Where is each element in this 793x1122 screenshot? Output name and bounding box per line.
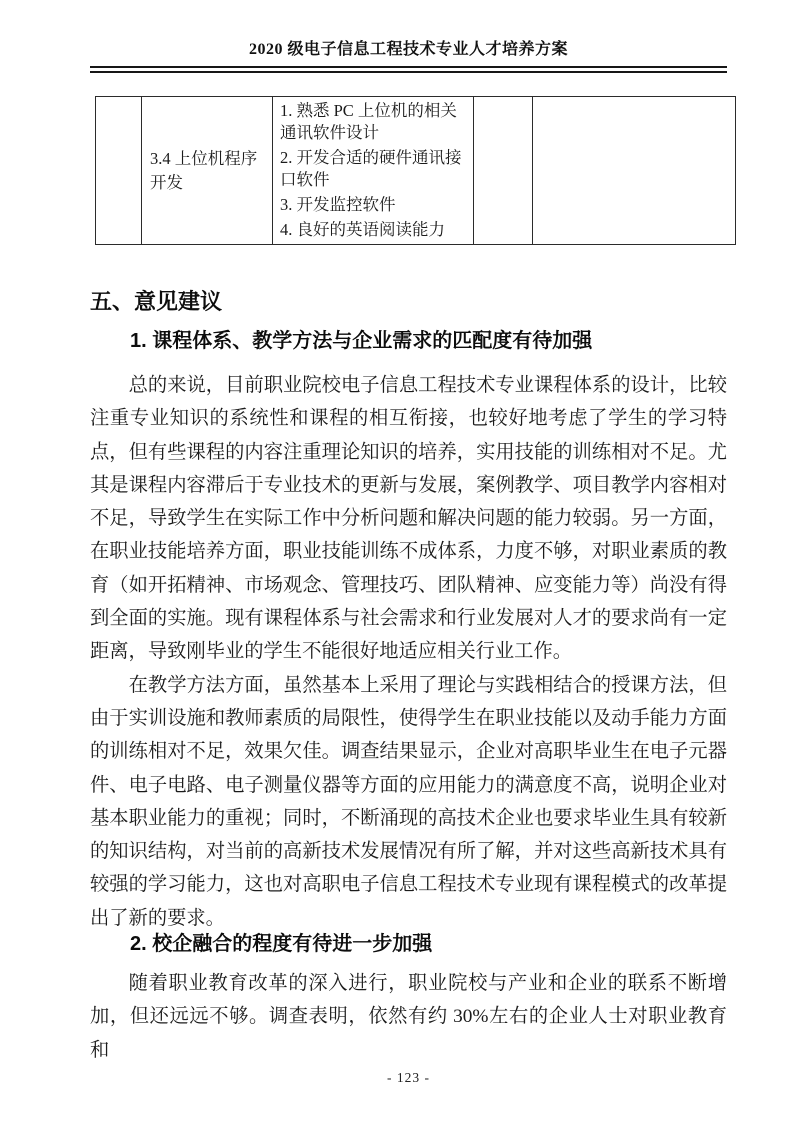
requirements-list: 1. 熟悉 PC 上位机的相关通讯软件设计 2. 开发合适的硬件通讯接口软件 3… xyxy=(273,97,473,241)
requirements-table: 3.4 上位机程序 开发 1. 熟悉 PC 上位机的相关通讯软件设计 2. 开发… xyxy=(95,96,736,245)
table-cell-empty-middle xyxy=(474,97,533,245)
page-header: 2020 级电子信息工程技术专业人才培养方案 xyxy=(90,0,727,73)
page-footer: - 123 - xyxy=(90,1070,727,1086)
requirement-item: 2. 开发合适的硬件通讯接口软件 xyxy=(280,147,469,191)
document-body: 3.4 上位机程序 开发 1. 熟悉 PC 上位机的相关通讯软件设计 2. 开发… xyxy=(90,96,727,1086)
requirement-item: 3. 开发监控软件 xyxy=(280,194,469,216)
paragraph-curriculum-overview: 总的来说，目前职业院校电子信息工程技术专业课程体系的设计，比较注重专业知识的系统… xyxy=(90,369,727,669)
requirement-item: 4. 良好的英语阅读能力 xyxy=(280,219,469,241)
page-number: - 123 - xyxy=(387,1070,430,1085)
section-heading-opinions: 五、意见建议 xyxy=(90,289,727,314)
subsection-1-heading: 1. 课程体系、教学方法与企业需求的匹配度有待加强 xyxy=(130,330,727,353)
paragraph-teaching-methods: 在教学方法方面，虽然基本上采用了理论与实践相结合的授课方法，但由于实训设施和教师… xyxy=(90,669,727,935)
header-title: 2020 级电子信息工程技术专业人才培养方案 xyxy=(90,41,727,59)
table-row: 3.4 上位机程序 开发 1. 熟悉 PC 上位机的相关通讯软件设计 2. 开发… xyxy=(96,97,736,245)
document-page: 2020 级电子信息工程技术专业人才培养方案 3.4 上位机程序 开发 1. 熟… xyxy=(0,0,793,1122)
table-cell-task: 3.4 上位机程序 开发 xyxy=(142,97,273,245)
table-cell-requirements: 1. 熟悉 PC 上位机的相关通讯软件设计 2. 开发合适的硬件通讯接口软件 3… xyxy=(273,97,474,245)
table-cell-empty-left xyxy=(96,97,142,245)
header-double-rule xyxy=(90,66,727,73)
task-label: 3.4 上位机程序 开发 xyxy=(142,147,272,195)
paragraph-school-enterprise: 随着职业教育改革的深入进行，职业院校与产业和企业的联系不断增加，但还远远不够。调… xyxy=(90,967,727,1067)
requirement-item: 1. 熟悉 PC 上位机的相关通讯软件设计 xyxy=(280,100,469,144)
table-cell-empty-right xyxy=(533,97,736,245)
subsection-2-heading: 2. 校企融合的程度有待进一步加强 xyxy=(130,933,727,956)
